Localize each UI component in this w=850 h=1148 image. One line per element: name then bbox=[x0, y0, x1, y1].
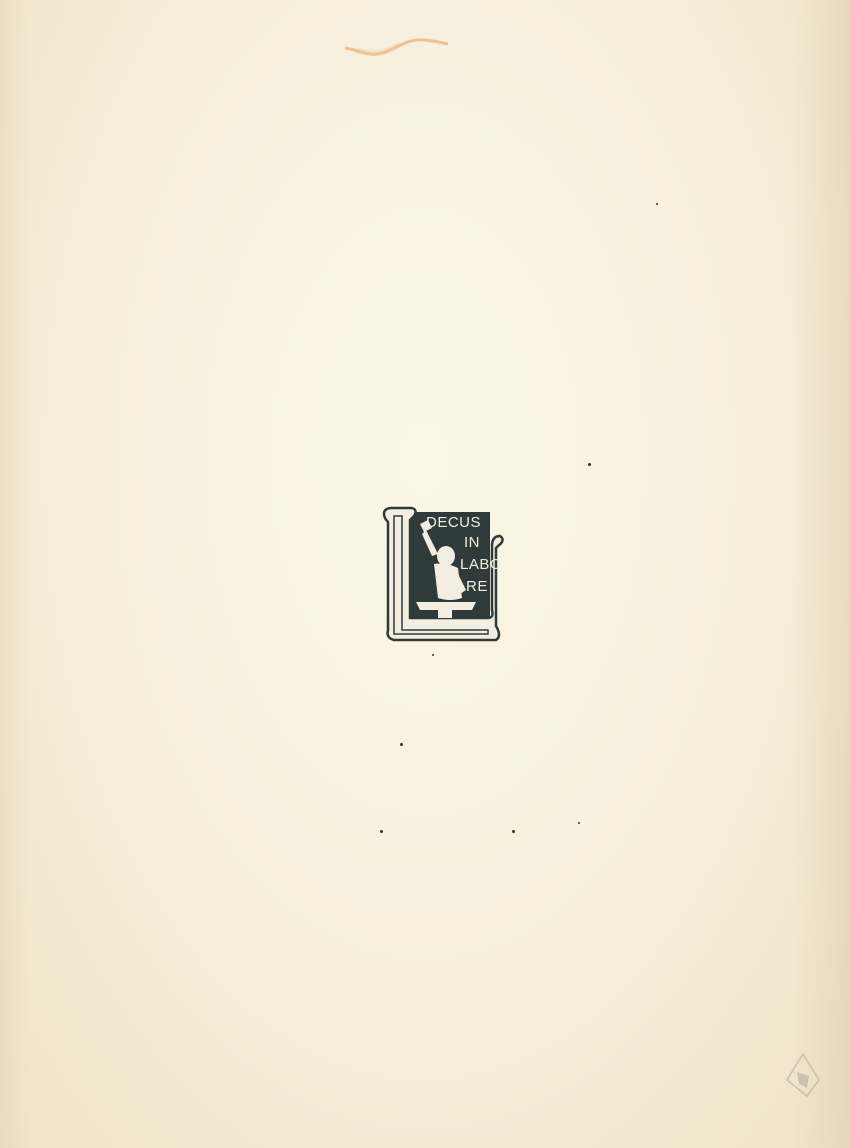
diamond-mark-icon bbox=[783, 1050, 823, 1100]
motto-line-decus: DECUS bbox=[426, 514, 481, 531]
paper-speck bbox=[400, 743, 403, 746]
motto-line-re: RE bbox=[466, 578, 488, 595]
paper-speck bbox=[512, 830, 515, 833]
book-back-cover: DECUS IN LABO RE bbox=[0, 0, 850, 1148]
paper-speck bbox=[380, 830, 383, 833]
paper-speck bbox=[656, 203, 658, 205]
publisher-emblem: DECUS IN LABO RE bbox=[380, 506, 506, 642]
paper-speck bbox=[588, 463, 591, 466]
water-stain bbox=[340, 30, 450, 60]
paper-edge-right bbox=[790, 0, 850, 1148]
paper-speck bbox=[432, 654, 434, 656]
paper-edge-left bbox=[0, 0, 30, 1148]
motto-line-labo: LABO bbox=[460, 556, 502, 573]
motto-line-in: IN bbox=[464, 534, 480, 551]
paper-speck bbox=[578, 822, 580, 824]
